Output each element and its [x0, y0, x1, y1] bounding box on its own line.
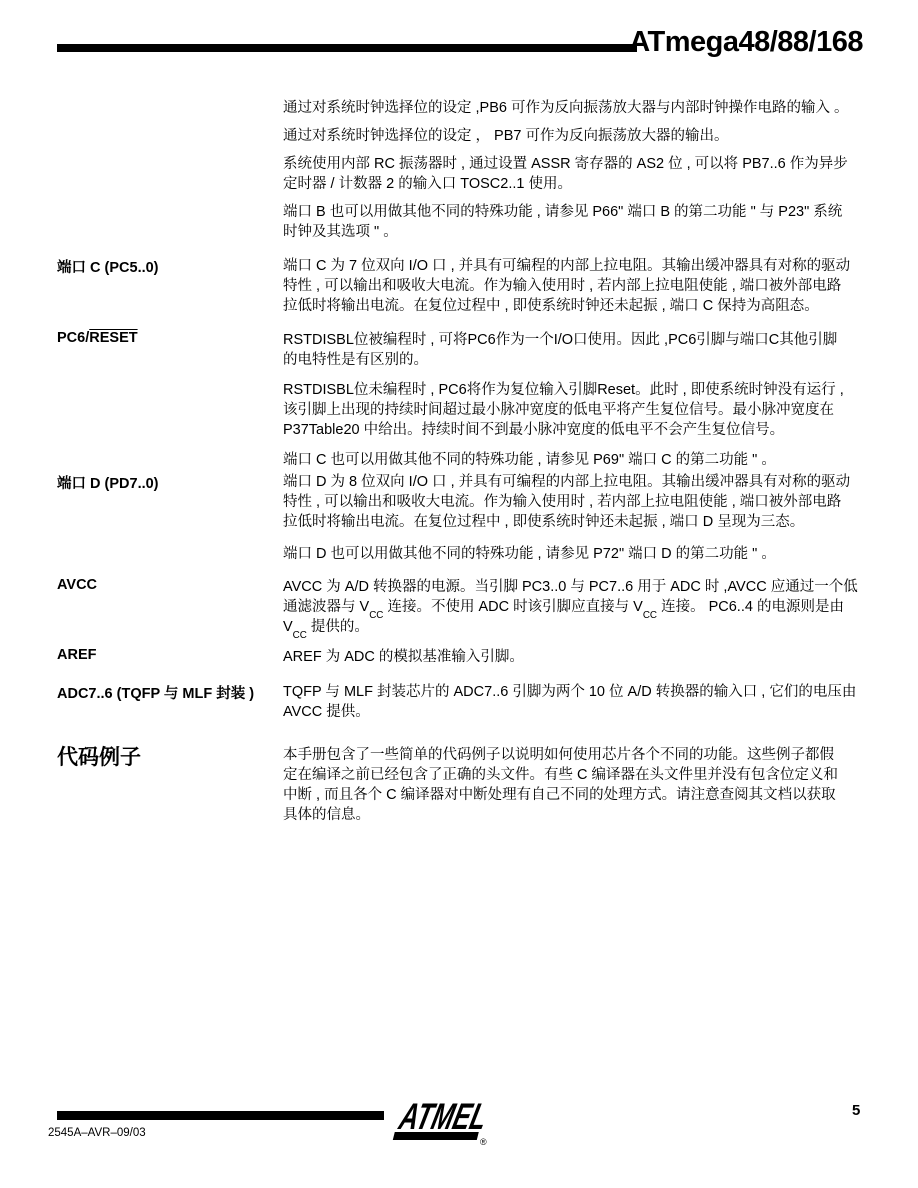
- section-label: ADC7..6 (TQFP 与 MLF 封装 ): [57, 682, 277, 703]
- text-line: 拉低时将输出电流。在复位过程中 , 即使系统时钟还未起振 , 端口 D 呈现为三…: [283, 512, 867, 532]
- text-line: P37Table20 中给出。持续时间不到最小脉冲宽度的低电平不会产生复位信号。: [283, 420, 867, 440]
- text-line: 该引脚上出现的持续时间超过最小脉冲宽度的低电平将产生复位信号。最小脉冲宽度在: [283, 400, 867, 420]
- footer-rule: [57, 1111, 384, 1120]
- section-avcc: AVCC AVCC 为 A/D 转换器的电源。当引脚 PC3..0 与 PC7.…: [57, 577, 867, 647]
- text-line: 通滤波器与 VCC 连接。不使用 ADC 时该引脚应直接与 VCC 连接。 PC…: [283, 597, 867, 617]
- paragraph: 端口 B 也可以用做其他不同的特殊功能 , 请参见 P66" 端口 B 的第二功…: [283, 202, 867, 242]
- text-line: 端口 D 为 8 位双向 I/O 口 , 并具有可编程的内部上拉电阻。其输出缓冲…: [283, 472, 867, 492]
- text-line: 的电特性是有区别的。: [283, 350, 867, 370]
- atmel-logo-graphic: ATMEL ®: [391, 1091, 495, 1147]
- text-line: RSTDISBL位被编程时 , 可将PC6作为一个I/O口使用。因此 ,PC6引…: [283, 330, 867, 350]
- text-line: 定在编译之前已经包含了正确的头文件。有些 C 编译器在头文件里并没有包含位定义和: [283, 765, 867, 785]
- section-aref: AREF AREF 为 ADC 的模拟基准输入引脚。: [57, 647, 867, 677]
- paragraph: 端口 D 为 8 位双向 I/O 口 , 并具有可编程的内部上拉电阻。其输出缓冲…: [283, 472, 867, 532]
- section-port-d: 端口 D (PD7..0) 端口 D 为 8 位双向 I/O 口 , 并具有可编…: [57, 472, 867, 574]
- text-line: 通过对系统时钟选择位的设定 ,PB6 可作为反向振荡放大器与内部时钟操作电路的输…: [283, 100, 849, 116]
- section-label: 端口 D (PD7..0): [57, 472, 277, 493]
- text-line: 端口 C 为 7 位双向 I/O 口 , 并具有可编程的内部上拉电阻。其输出缓冲…: [283, 256, 867, 276]
- doc-title: ATmega48/88/168: [629, 26, 863, 59]
- text-line: 时钟及其选项 " 。: [283, 222, 867, 242]
- atmel-logo: ATMEL ®: [391, 1091, 495, 1147]
- section-port-c: 端口 C (PC5..0) 端口 C 为 7 位双向 I/O 口 , 并具有可编…: [57, 256, 867, 326]
- paragraph: 端口 D 也可以用做其他不同的特殊功能 , 请参见 P72" 端口 D 的第二功…: [283, 544, 867, 564]
- paragraph: 通过对系统时钟选择位的设定 ， PB7 可作为反向振荡放大器的输出。: [283, 126, 867, 146]
- text-line: 端口 B 也可以用做其他不同的特殊功能 , 请参见 P66" 端口 B 的第二功…: [283, 202, 867, 222]
- section-label: AVCC: [57, 577, 277, 593]
- datasheet-page: ATmega48/88/168 通过对系统时钟选择位的设定 ,PB6 可作为反向…: [0, 0, 918, 1188]
- text-line: 端口 D 也可以用做其他不同的特殊功能 , 请参见 P72" 端口 D 的第二功…: [283, 546, 776, 562]
- text-line: 中断 , 而且各个 C 编译器对中断处理有自己不同的处理方式。请注意查阅其文档以…: [283, 785, 867, 805]
- text-line: 定时器 / 计数器 2 的输入口 TOSC2..1 使用。: [283, 174, 867, 194]
- section-label: 端口 C (PC5..0): [57, 256, 277, 277]
- section-pc6-reset: PC6/RESET RSTDISBL位被编程时 , 可将PC6作为一个I/O口使…: [57, 330, 867, 480]
- section-label: AREF: [57, 647, 277, 663]
- text-line: 通过对系统时钟选择位的设定 ， PB7 可作为反向振荡放大器的输出。: [283, 128, 729, 144]
- text-line: RSTDISBL位未编程时 , PC6将作为复位输入引脚Reset。此时 , 即…: [283, 380, 867, 400]
- text-line: AREF 为 ADC 的模拟基准输入引脚。: [283, 649, 524, 665]
- text-line: 拉低时将输出电流。在复位过程中 , 即使系统时钟还未起振 , 端口 C 保持为高…: [283, 296, 867, 316]
- section-intro: 通过对系统时钟选择位的设定 ,PB6 可作为反向振荡放大器与内部时钟操作电路的输…: [57, 98, 867, 250]
- registered-mark: ®: [480, 1137, 487, 1147]
- paragraph: 端口 C 为 7 位双向 I/O 口 , 并具有可编程的内部上拉电阻。其输出缓冲…: [283, 256, 867, 316]
- paragraph: 端口 C 也可以用做其他不同的特殊功能 , 请参见 P69" 端口 C 的第二功…: [283, 450, 867, 470]
- page-number: 5: [852, 1102, 860, 1119]
- text-line: 端口 C 也可以用做其他不同的特殊功能 , 请参见 P69" 端口 C 的第二功…: [283, 452, 776, 468]
- text-line: 本手册包含了一些简单的代码例子以说明如何使用芯片各个不同的功能。这些例子都假: [283, 745, 867, 765]
- text-line: 系统使用内部 RC 振荡器时 , 通过设置 ASSR 寄存器的 AS2 位 , …: [283, 154, 867, 174]
- label-pc6: PC6/: [57, 330, 89, 346]
- text-line: 特性 , 可以输出和吸收大电流。作为输入使用时 , 若内部上拉电阻使能 , 端口…: [283, 276, 867, 296]
- text-line: AVCC 提供。: [283, 702, 867, 722]
- paragraph: TQFP 与 MLF 封装芯片的 ADC7..6 引脚为两个 10 位 A/D …: [283, 682, 867, 722]
- atmel-logo-text: ATMEL: [395, 1096, 492, 1137]
- paragraph: RSTDISBL位被编程时 , 可将PC6作为一个I/O口使用。因此 ,PC6引…: [283, 330, 867, 370]
- paragraph: 通过对系统时钟选择位的设定 ,PB6 可作为反向振荡放大器与内部时钟操作电路的输…: [283, 98, 867, 118]
- section-code-examples: 代码例子 本手册包含了一些简单的代码例子以说明如何使用芯片各个不同的功能。这些例…: [57, 745, 867, 835]
- label-reset-overline: RESET: [89, 330, 137, 346]
- section-label: PC6/RESET: [57, 330, 277, 346]
- paragraph: AREF 为 ADC 的模拟基准输入引脚。: [283, 647, 867, 667]
- text-line: TQFP 与 MLF 封装芯片的 ADC7..6 引脚为两个 10 位 A/D …: [283, 682, 867, 702]
- paragraph: 系统使用内部 RC 振荡器时 , 通过设置 ASSR 寄存器的 AS2 位 , …: [283, 154, 867, 194]
- section-adc7-6: ADC7..6 (TQFP 与 MLF 封装 ) TQFP 与 MLF 封装芯片…: [57, 682, 867, 732]
- paragraph: AVCC 为 A/D 转换器的电源。当引脚 PC3..0 与 PC7..6 用于…: [283, 577, 867, 637]
- text-line: 具体的信息。: [283, 805, 867, 825]
- doc-number: 2545A–AVR–09/03: [48, 1127, 146, 1139]
- paragraph: 本手册包含了一些简单的代码例子以说明如何使用芯片各个不同的功能。这些例子都假 定…: [283, 745, 867, 825]
- header-rule: [57, 44, 637, 52]
- section-heading: 代码例子: [57, 741, 277, 771]
- paragraph: RSTDISBL位未编程时 , PC6将作为复位输入引脚Reset。此时 , 即…: [283, 380, 867, 440]
- text-line: 特性 , 可以输出和吸收大电流。作为输入使用时 , 若内部上拉电阻使能 , 端口…: [283, 492, 867, 512]
- text-line: AVCC 为 A/D 转换器的电源。当引脚 PC3..0 与 PC7..6 用于…: [283, 577, 867, 597]
